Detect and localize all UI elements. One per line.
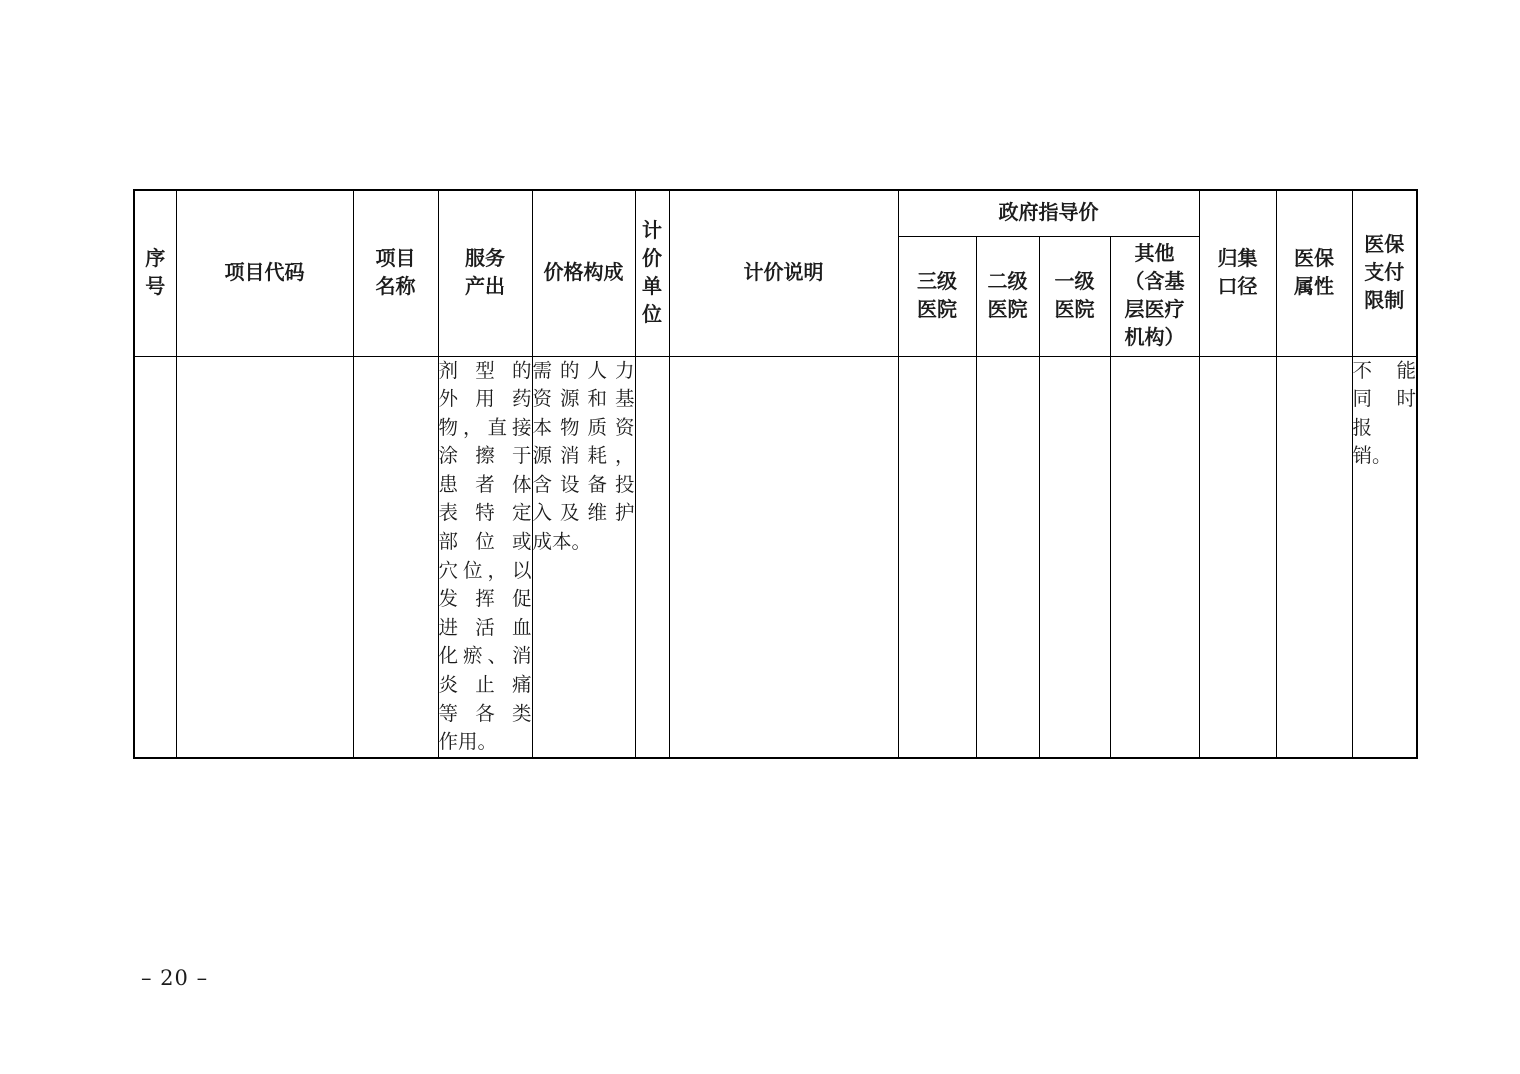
cell-price-composition: 需的人力资源和基本物质资源消耗，含设备投入及维护成本。 [532, 356, 635, 758]
text-line: 进活血 [439, 614, 532, 643]
text-line: 成本。 [533, 528, 635, 557]
text-line: 物，直接 [439, 414, 532, 443]
text-line: 作用。 [439, 728, 532, 757]
header-insurance-payment-limit: 医保 支付 限制 [1352, 190, 1417, 356]
cell-item-code [176, 356, 353, 758]
document-page: 序 号 项目代码 项目 名称 服务 产出 价格构成 计 价 单 位 计价说明 政… [0, 0, 1520, 1074]
text-line: 涂擦于 [439, 442, 532, 471]
text-line: 剂型的 [439, 357, 532, 386]
text-line: 报 [1353, 414, 1417, 443]
text-line: 不能 [1353, 357, 1417, 386]
header-other-institutions: 其他 （含基 层医疗 机构） [1110, 236, 1199, 356]
text-line: 同时 [1353, 385, 1417, 414]
header-pricing-note: 计价说明 [669, 190, 898, 356]
header-tier2-hospital: 二级 医院 [976, 236, 1039, 356]
cell-insurance-attribute [1276, 356, 1352, 758]
cell-tier2-price [976, 356, 1039, 758]
cell-pricing-unit [635, 356, 669, 758]
text-line: 销。 [1353, 442, 1417, 471]
text-line: 患者体 [439, 471, 532, 500]
text-line: 炎止痛 [439, 671, 532, 700]
header-tier3-hospital: 三级 医院 [898, 236, 976, 356]
cell-service-output: 剂型的外用药物，直接涂擦于患者体表特定部位或穴位，以发挥促进活血化瘀、消炎止痛等… [438, 356, 532, 758]
service-price-table: 序 号 项目代码 项目 名称 服务 产出 价格构成 计 价 单 位 计价说明 政… [133, 189, 1418, 759]
cell-collection-caliber [1199, 356, 1276, 758]
text-line: 穴位，以 [439, 557, 532, 586]
text-line: 含设备投 [533, 471, 635, 500]
page-number: – 20 – [141, 966, 208, 990]
text-line: 发挥促 [439, 585, 532, 614]
header-collection-caliber: 归集 口径 [1199, 190, 1276, 356]
text-line: 部位或 [439, 528, 532, 557]
text-line: 表特定 [439, 499, 532, 528]
cell-tier3-price [898, 356, 976, 758]
header-gov-guide-price: 政府指导价 [898, 190, 1199, 236]
cell-insurance-payment-limit: 不能同时报销。 [1352, 356, 1417, 758]
header-price-composition: 价格构成 [532, 190, 635, 356]
text-line: 入及维护 [533, 499, 635, 528]
header-seq-no: 序 号 [134, 190, 176, 356]
header-row-1: 序 号 项目代码 项目 名称 服务 产出 价格构成 计 价 单 位 计价说明 政… [134, 190, 1417, 236]
header-pricing-unit: 计 价 单 位 [635, 190, 669, 356]
text-line: 资源和基 [533, 385, 635, 414]
cell-tier1-price [1039, 356, 1110, 758]
text-line: 源消耗， [533, 442, 635, 471]
header-item-code: 项目代码 [176, 190, 353, 356]
header-item-name: 项目 名称 [353, 190, 438, 356]
cell-item-name [353, 356, 438, 758]
header-service-output: 服务 产出 [438, 190, 532, 356]
text-line: 外用药 [439, 385, 532, 414]
text-line: 等各类 [439, 700, 532, 729]
text-line: 本物质资 [533, 414, 635, 443]
header-insurance-attribute: 医保 属性 [1276, 190, 1352, 356]
cell-other-price [1110, 356, 1199, 758]
text-line: 化瘀、消 [439, 642, 532, 671]
table-row: 剂型的外用药物，直接涂擦于患者体表特定部位或穴位，以发挥促进活血化瘀、消炎止痛等… [134, 356, 1417, 758]
text-line: 需的人力 [533, 357, 635, 386]
cell-pricing-note [669, 356, 898, 758]
cell-seq-no [134, 356, 176, 758]
header-tier1-hospital: 一级 医院 [1039, 236, 1110, 356]
